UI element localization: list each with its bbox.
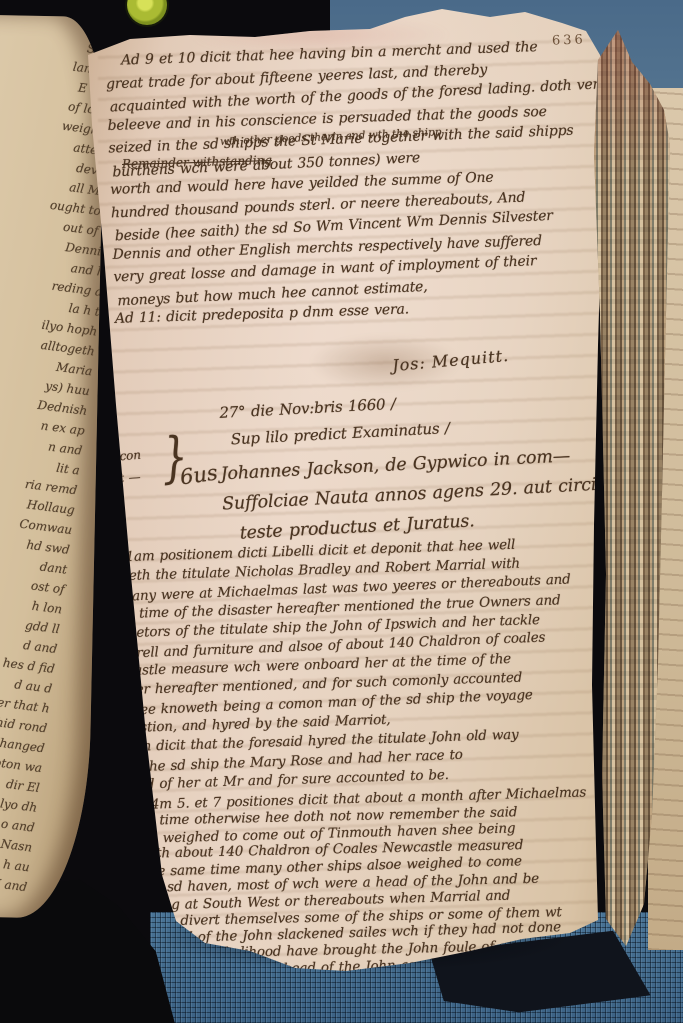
deposition-end-paragraph: Ad 9 et 10 dicit that hee having bin a m…	[105, 34, 607, 332]
deposition-body-paragraph-1: Ad 1am positionem dicti Libelli dicit et…	[92, 533, 608, 796]
page-number: 636	[552, 32, 586, 48]
left-page: Sabry slangoth aE hn woof londonweight d…	[0, 15, 105, 919]
manuscript-photo: Sabry slangoth aE hn woof londonweight d…	[0, 0, 683, 1023]
round-sticker	[127, 0, 167, 25]
right-page: 636 Ad 9 et 10 dicit that hee having bin…	[70, 5, 630, 980]
left-page-script: Sabry slangoth aE hn woof londonweight d…	[0, 30, 105, 897]
